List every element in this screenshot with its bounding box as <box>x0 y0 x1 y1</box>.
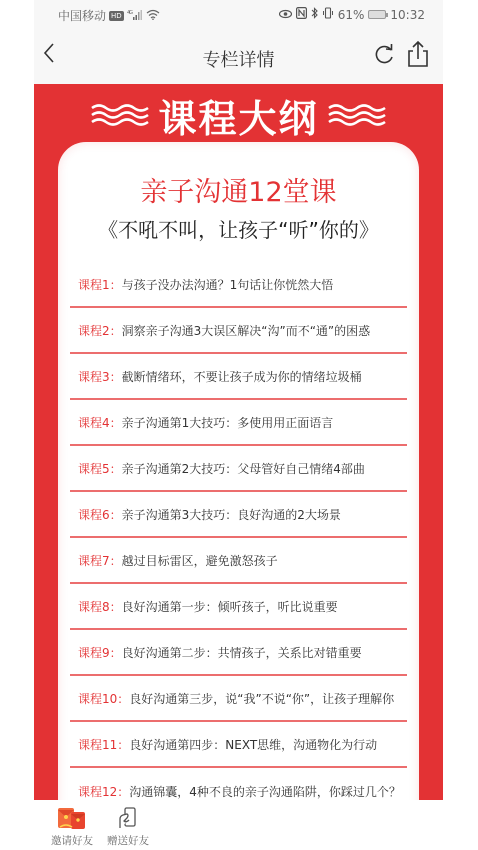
nav-bar: 专栏详情 <box>34 30 443 82</box>
lesson-number: 课程1： <box>78 276 122 293</box>
lesson-number: 课程7： <box>78 552 122 569</box>
lesson-item: 课程12：沟通锦囊，4种不良的亲子沟通陷阱，你踩过几个？ <box>70 768 407 800</box>
lesson-item: 课程4：亲子沟通第1大技巧：多使用用正面语言 <box>70 400 407 446</box>
lesson-title: 良好沟通第四步：NEXT思维，沟通物化为行动 <box>129 736 377 753</box>
lesson-number: 课程6： <box>78 506 122 523</box>
battery-percent: 61% <box>338 8 365 22</box>
refresh-icon <box>371 42 397 68</box>
red-envelope-icon <box>44 804 100 830</box>
lesson-title: 亲子沟通第1大技巧：多使用用正面语言 <box>122 414 334 431</box>
course-outline-banner: 课程大纲 亲子沟通12堂课 《不吼不叫，让孩子“听”你的》 课程1：与孩子没办法… <box>34 84 443 800</box>
nfc-icon <box>296 7 307 22</box>
hd-icon: HD <box>109 11 124 21</box>
course-subtitle: 《不吼不叫，让孩子“听”你的》 <box>58 214 419 243</box>
lesson-title: 良好沟通第二步：共情孩子，关系比对错重要 <box>122 644 362 661</box>
share-button[interactable] <box>405 40 431 68</box>
bluetooth-icon <box>311 7 318 22</box>
lesson-item: 课程2：洞察亲子沟通3大误区解决“沟”而不“通”的困惑 <box>70 308 407 354</box>
lesson-title: 越过目标雷区，避免激怒孩子 <box>122 552 278 569</box>
vibrate-icon <box>322 7 334 22</box>
course-card: 亲子沟通12堂课 《不吼不叫，让孩子“听”你的》 课程1：与孩子没办法沟通？1句… <box>58 142 419 800</box>
invite-friend-label: 邀请好友 <box>44 833 100 848</box>
lesson-item: 课程8：良好沟通第一步：倾听孩子，听比说重要 <box>70 584 407 630</box>
eye-icon <box>279 8 292 22</box>
lesson-list: 课程1：与孩子没办法沟通？1句话让你恍然大悟 课程2：洞察亲子沟通3大误区解决“… <box>70 262 407 800</box>
wifi-icon <box>146 9 160 23</box>
lesson-number: 课程11： <box>78 736 129 753</box>
banner-header: 课程大纲 <box>34 90 443 140</box>
lesson-number: 课程8： <box>78 598 122 615</box>
lesson-number: 课程9： <box>78 644 122 661</box>
lesson-title: 亲子沟通第3大技巧：良好沟通的2大场景 <box>122 506 341 523</box>
share-icon <box>405 40 431 68</box>
gift-friend-label: 赠送好友 <box>100 833 156 848</box>
signal-icon: 4G <box>127 9 143 23</box>
clock: 10:32 <box>390 8 425 22</box>
lesson-number: 课程5： <box>78 460 122 477</box>
lesson-item: 课程10：良好沟通第三步，说“我”不说“你”，让孩子理解你 <box>70 676 407 722</box>
carrier-label: 中国移动 <box>58 7 106 24</box>
battery-icon <box>368 10 386 19</box>
lesson-item: 课程6：亲子沟通第3大技巧：良好沟通的2大场景 <box>70 492 407 538</box>
lesson-item: 课程9：良好沟通第二步：共情孩子，关系比对错重要 <box>70 630 407 676</box>
lesson-number: 课程2： <box>78 322 122 339</box>
svg-text:4G: 4G <box>127 10 133 16</box>
lesson-number: 课程4： <box>78 414 122 431</box>
lesson-item: 课程7：越过目标雷区，避免激怒孩子 <box>70 538 407 584</box>
banner-title: 课程大纲 <box>158 88 318 143</box>
wave-decoration-icon <box>90 103 150 127</box>
gift-friend-button[interactable]: 赠送好友 <box>100 804 156 848</box>
app-screen: 中国移动 HD 4G 61% 10:32 <box>34 0 443 850</box>
lesson-title: 良好沟通第三步，说“我”不说“你”，让孩子理解你 <box>129 690 394 707</box>
lesson-item: 课程11：良好沟通第四步：NEXT思维，沟通物化为行动 <box>70 722 407 768</box>
gift-hand-icon <box>100 804 156 830</box>
status-left: 中国移动 HD 4G <box>58 7 160 24</box>
lesson-title: 沟通锦囊，4种不良的亲子沟通陷阱，你踩过几个？ <box>129 783 401 800</box>
lesson-title: 亲子沟通第2大技巧：父母管好自己情绪4部曲 <box>122 460 365 477</box>
invite-friend-button[interactable]: 邀请好友 <box>44 804 100 848</box>
lesson-title: 与孩子没办法沟通？1句话让你恍然大悟 <box>122 276 334 293</box>
lesson-title: 洞察亲子沟通3大误区解决“沟”而不“通”的困惑 <box>122 322 371 339</box>
course-title: 亲子沟通12堂课 <box>58 170 419 209</box>
lesson-number: 课程10： <box>78 690 129 707</box>
lesson-item: 课程1：与孩子没办法沟通？1句话让你恍然大悟 <box>70 262 407 308</box>
lesson-item: 课程3：截断情绪环，不要让孩子成为你的情绪垃圾桶 <box>70 354 407 400</box>
lesson-title: 良好沟通第一步：倾听孩子，听比说重要 <box>122 598 338 615</box>
status-bar: 中国移动 HD 4G 61% 10:32 <box>34 0 443 30</box>
wave-decoration-icon <box>327 103 387 127</box>
refresh-button[interactable] <box>371 42 397 68</box>
status-right: 61% 10:32 <box>279 7 425 22</box>
lesson-number: 课程12： <box>78 783 129 800</box>
bottom-action-bar: 邀请好友 赠送好友 <box>34 800 443 850</box>
lesson-item: 课程5：亲子沟通第2大技巧：父母管好自己情绪4部曲 <box>70 446 407 492</box>
lesson-title: 截断情绪环，不要让孩子成为你的情绪垃圾桶 <box>122 368 362 385</box>
lesson-number: 课程3： <box>78 368 122 385</box>
